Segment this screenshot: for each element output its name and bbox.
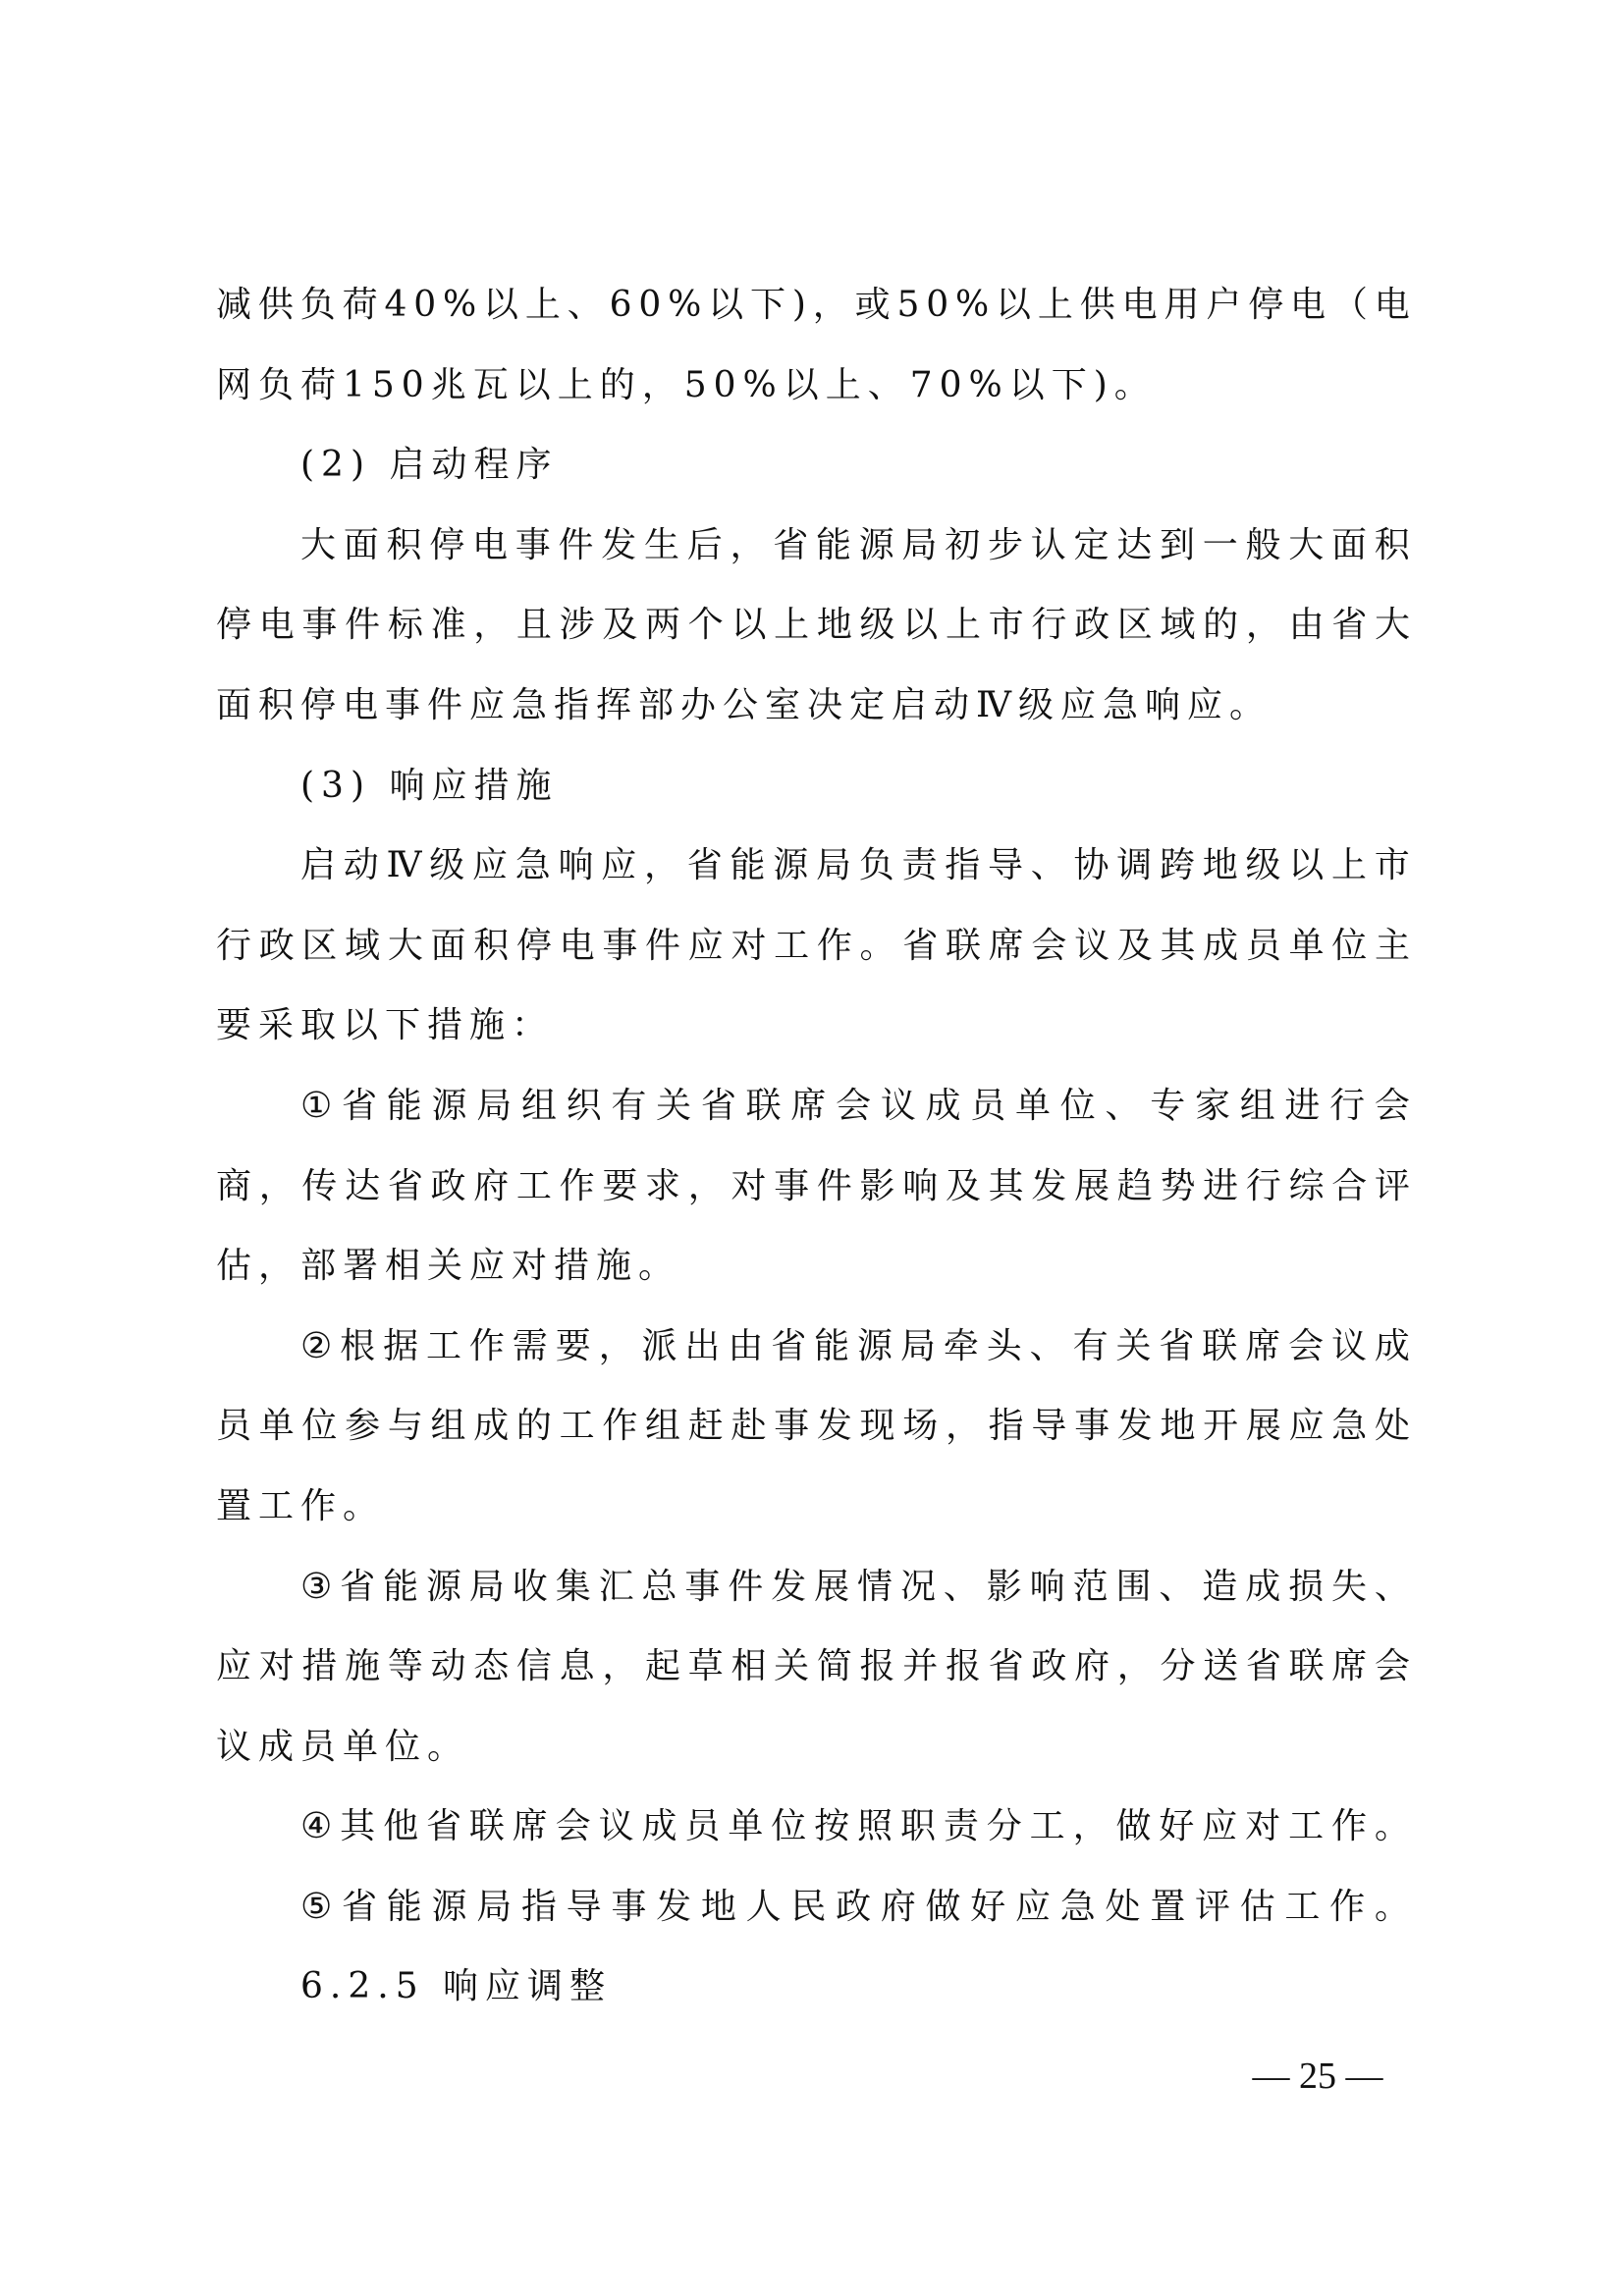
list-item-1: ①省能源局组织有关省联席会议成员单位、专家组进行会 xyxy=(216,1066,1410,1147)
text-line: 要采取以下措施： xyxy=(216,986,1410,1066)
text-line: 大面积停电事件发生后，省能源局初步认定达到一般大面积 xyxy=(216,506,1410,586)
page-number: — 25 — xyxy=(1239,2052,1396,2101)
text-line: 行政区域大面积停电事件应对工作。省联席会议及其成员单位主 xyxy=(216,906,1410,987)
list-item-2: ②根据工作需要，派出由省能源局牵头、有关省联席会议成 xyxy=(216,1307,1410,1387)
text-line: 停电事件标准，且涉及两个以上地级以上市行政区域的，由省大 xyxy=(216,585,1410,666)
text-line: 员单位参与组成的工作组赶赴事发现场，指导事发地开展应急处 xyxy=(216,1386,1410,1467)
text-line: 应对措施等动态信息，起草相关简报并报省政府，分送省联席会 xyxy=(216,1627,1410,1707)
subsection-heading-response-measures: (3) 响应措施 xyxy=(216,746,1410,827)
document-page: 减供负荷40%以上、60%以下)，或50%以上供电用户停电（电 网负荷150兆瓦… xyxy=(216,265,1410,2027)
text-line: 估，部署相关应对措施。 xyxy=(216,1226,1410,1307)
text-line: 减供负荷40%以上、60%以下)，或50%以上供电用户停电（电 xyxy=(216,265,1410,346)
text-line: 议成员单位。 xyxy=(216,1707,1410,1788)
text-line: 置工作。 xyxy=(216,1467,1410,1547)
text-line: 商，传达省政府工作要求，对事件影响及其发展趋势进行综合评 xyxy=(216,1147,1410,1227)
list-item-5: ⑤省能源局指导事发地人民政府做好应急处置评估工作。 xyxy=(216,1867,1410,1948)
text-line: 面积停电事件应急指挥部办公室决定启动Ⅳ级应急响应。 xyxy=(216,666,1410,746)
subsection-heading-startup-procedure: (2) 启动程序 xyxy=(216,425,1410,506)
text-line: 启动Ⅳ级应急响应，省能源局负责指导、协调跨地级以上市 xyxy=(216,826,1410,906)
list-item-3: ③省能源局收集汇总事件发展情况、影响范围、造成损失、 xyxy=(216,1547,1410,1628)
section-heading-6-2-5: 6.2.5 响应调整 xyxy=(216,1947,1410,2027)
text-line: 网负荷150兆瓦以上的，50%以上、70%以下)。 xyxy=(216,346,1410,426)
list-item-4: ④其他省联席会议成员单位按照职责分工，做好应对工作。 xyxy=(216,1787,1410,1867)
